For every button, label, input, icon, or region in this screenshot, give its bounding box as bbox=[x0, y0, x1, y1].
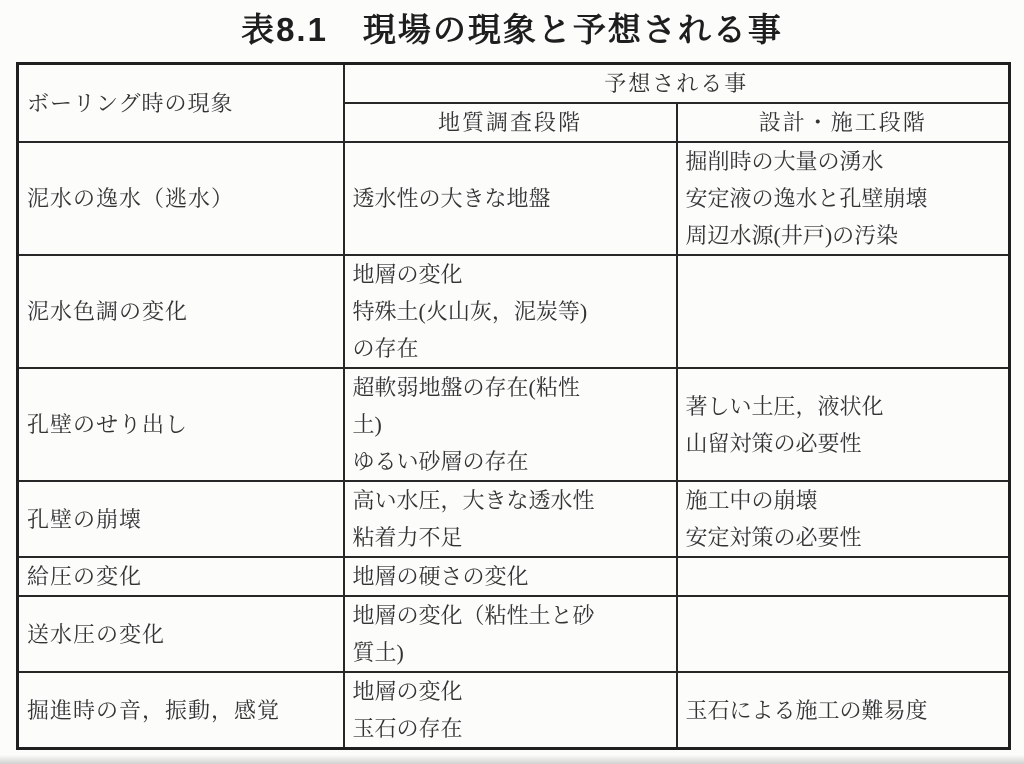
cell-phenomenon: 泥水の逸水（逃水） bbox=[18, 142, 344, 255]
cell-design bbox=[677, 557, 1010, 596]
header-row-group: ボーリング時の現象 予想される事 bbox=[18, 64, 1010, 104]
cell-phenomenon: 送水圧の変化 bbox=[18, 596, 344, 672]
cell-survey: 地層の硬さの変化 bbox=[344, 557, 677, 596]
cell-design bbox=[677, 596, 1010, 672]
cell-survey: 地層の変化 玉石の存在 bbox=[344, 672, 677, 749]
cell-survey: 高い水圧，大きな透水性 粘着力不足 bbox=[344, 481, 677, 557]
cell-survey: 超軟弱地盤の存在(粘性 土) ゆるい砂層の存在 bbox=[344, 368, 677, 481]
cell-survey: 地層の変化 特殊土(火山灰，泥炭等) の存在 bbox=[344, 255, 677, 368]
cell-design: 掘削時の大量の湧水 安定液の逸水と孔壁崩壊 周辺水源(井戸)の汚染 bbox=[677, 142, 1010, 255]
scan-edge-shadow bbox=[0, 755, 1024, 764]
cell-phenomenon: 給圧の変化 bbox=[18, 557, 344, 596]
table-row: 掘進時の音，振動，感覚 地層の変化 玉石の存在 玉石による施工の難易度 bbox=[18, 672, 1010, 749]
header-expected: 予想される事 bbox=[344, 64, 1010, 104]
phenomena-table: ボーリング時の現象 予想される事 地質調査段階 設計・施工段階 泥水の逸水（逃水… bbox=[16, 62, 1011, 750]
cell-design: 著しい土圧，液状化 山留対策の必要性 bbox=[677, 368, 1010, 481]
cell-design: 施工中の崩壊 安定対策の必要性 bbox=[677, 481, 1010, 557]
header-design-stage: 設計・施工段階 bbox=[677, 103, 1010, 142]
table-row: 送水圧の変化 地層の変化（粘性土と砂 質土) bbox=[18, 596, 1010, 672]
cell-survey: 透水性の大きな地盤 bbox=[344, 142, 677, 255]
scanned-document-page: { "title": "表8.1 現場の現象と予想される事", "table":… bbox=[0, 0, 1024, 764]
table-title: 表8.1 現場の現象と予想される事 bbox=[0, 4, 1024, 51]
cell-phenomenon: 掘進時の音，振動，感覚 bbox=[18, 672, 344, 749]
table-row: 泥水の逸水（逃水） 透水性の大きな地盤 掘削時の大量の湧水 安定液の逸水と孔壁崩… bbox=[18, 142, 1010, 255]
table-row: 孔壁のせり出し 超軟弱地盤の存在(粘性 土) ゆるい砂層の存在 著しい土圧，液状… bbox=[18, 368, 1010, 481]
table-row: 給圧の変化 地層の硬さの変化 bbox=[18, 557, 1010, 596]
table-row: 泥水色調の変化 地層の変化 特殊土(火山灰，泥炭等) の存在 bbox=[18, 255, 1010, 368]
cell-design bbox=[677, 255, 1010, 368]
header-phenomenon: ボーリング時の現象 bbox=[18, 64, 344, 143]
cell-phenomenon: 孔壁の崩壊 bbox=[18, 481, 344, 557]
cell-design: 玉石による施工の難易度 bbox=[677, 672, 1010, 749]
cell-phenomenon: 孔壁のせり出し bbox=[18, 368, 344, 481]
cell-survey: 地層の変化（粘性土と砂 質土) bbox=[344, 596, 677, 672]
cell-phenomenon: 泥水色調の変化 bbox=[18, 255, 344, 368]
header-survey-stage: 地質調査段階 bbox=[344, 103, 677, 142]
table-row: 孔壁の崩壊 高い水圧，大きな透水性 粘着力不足 施工中の崩壊 安定対策の必要性 bbox=[18, 481, 1010, 557]
